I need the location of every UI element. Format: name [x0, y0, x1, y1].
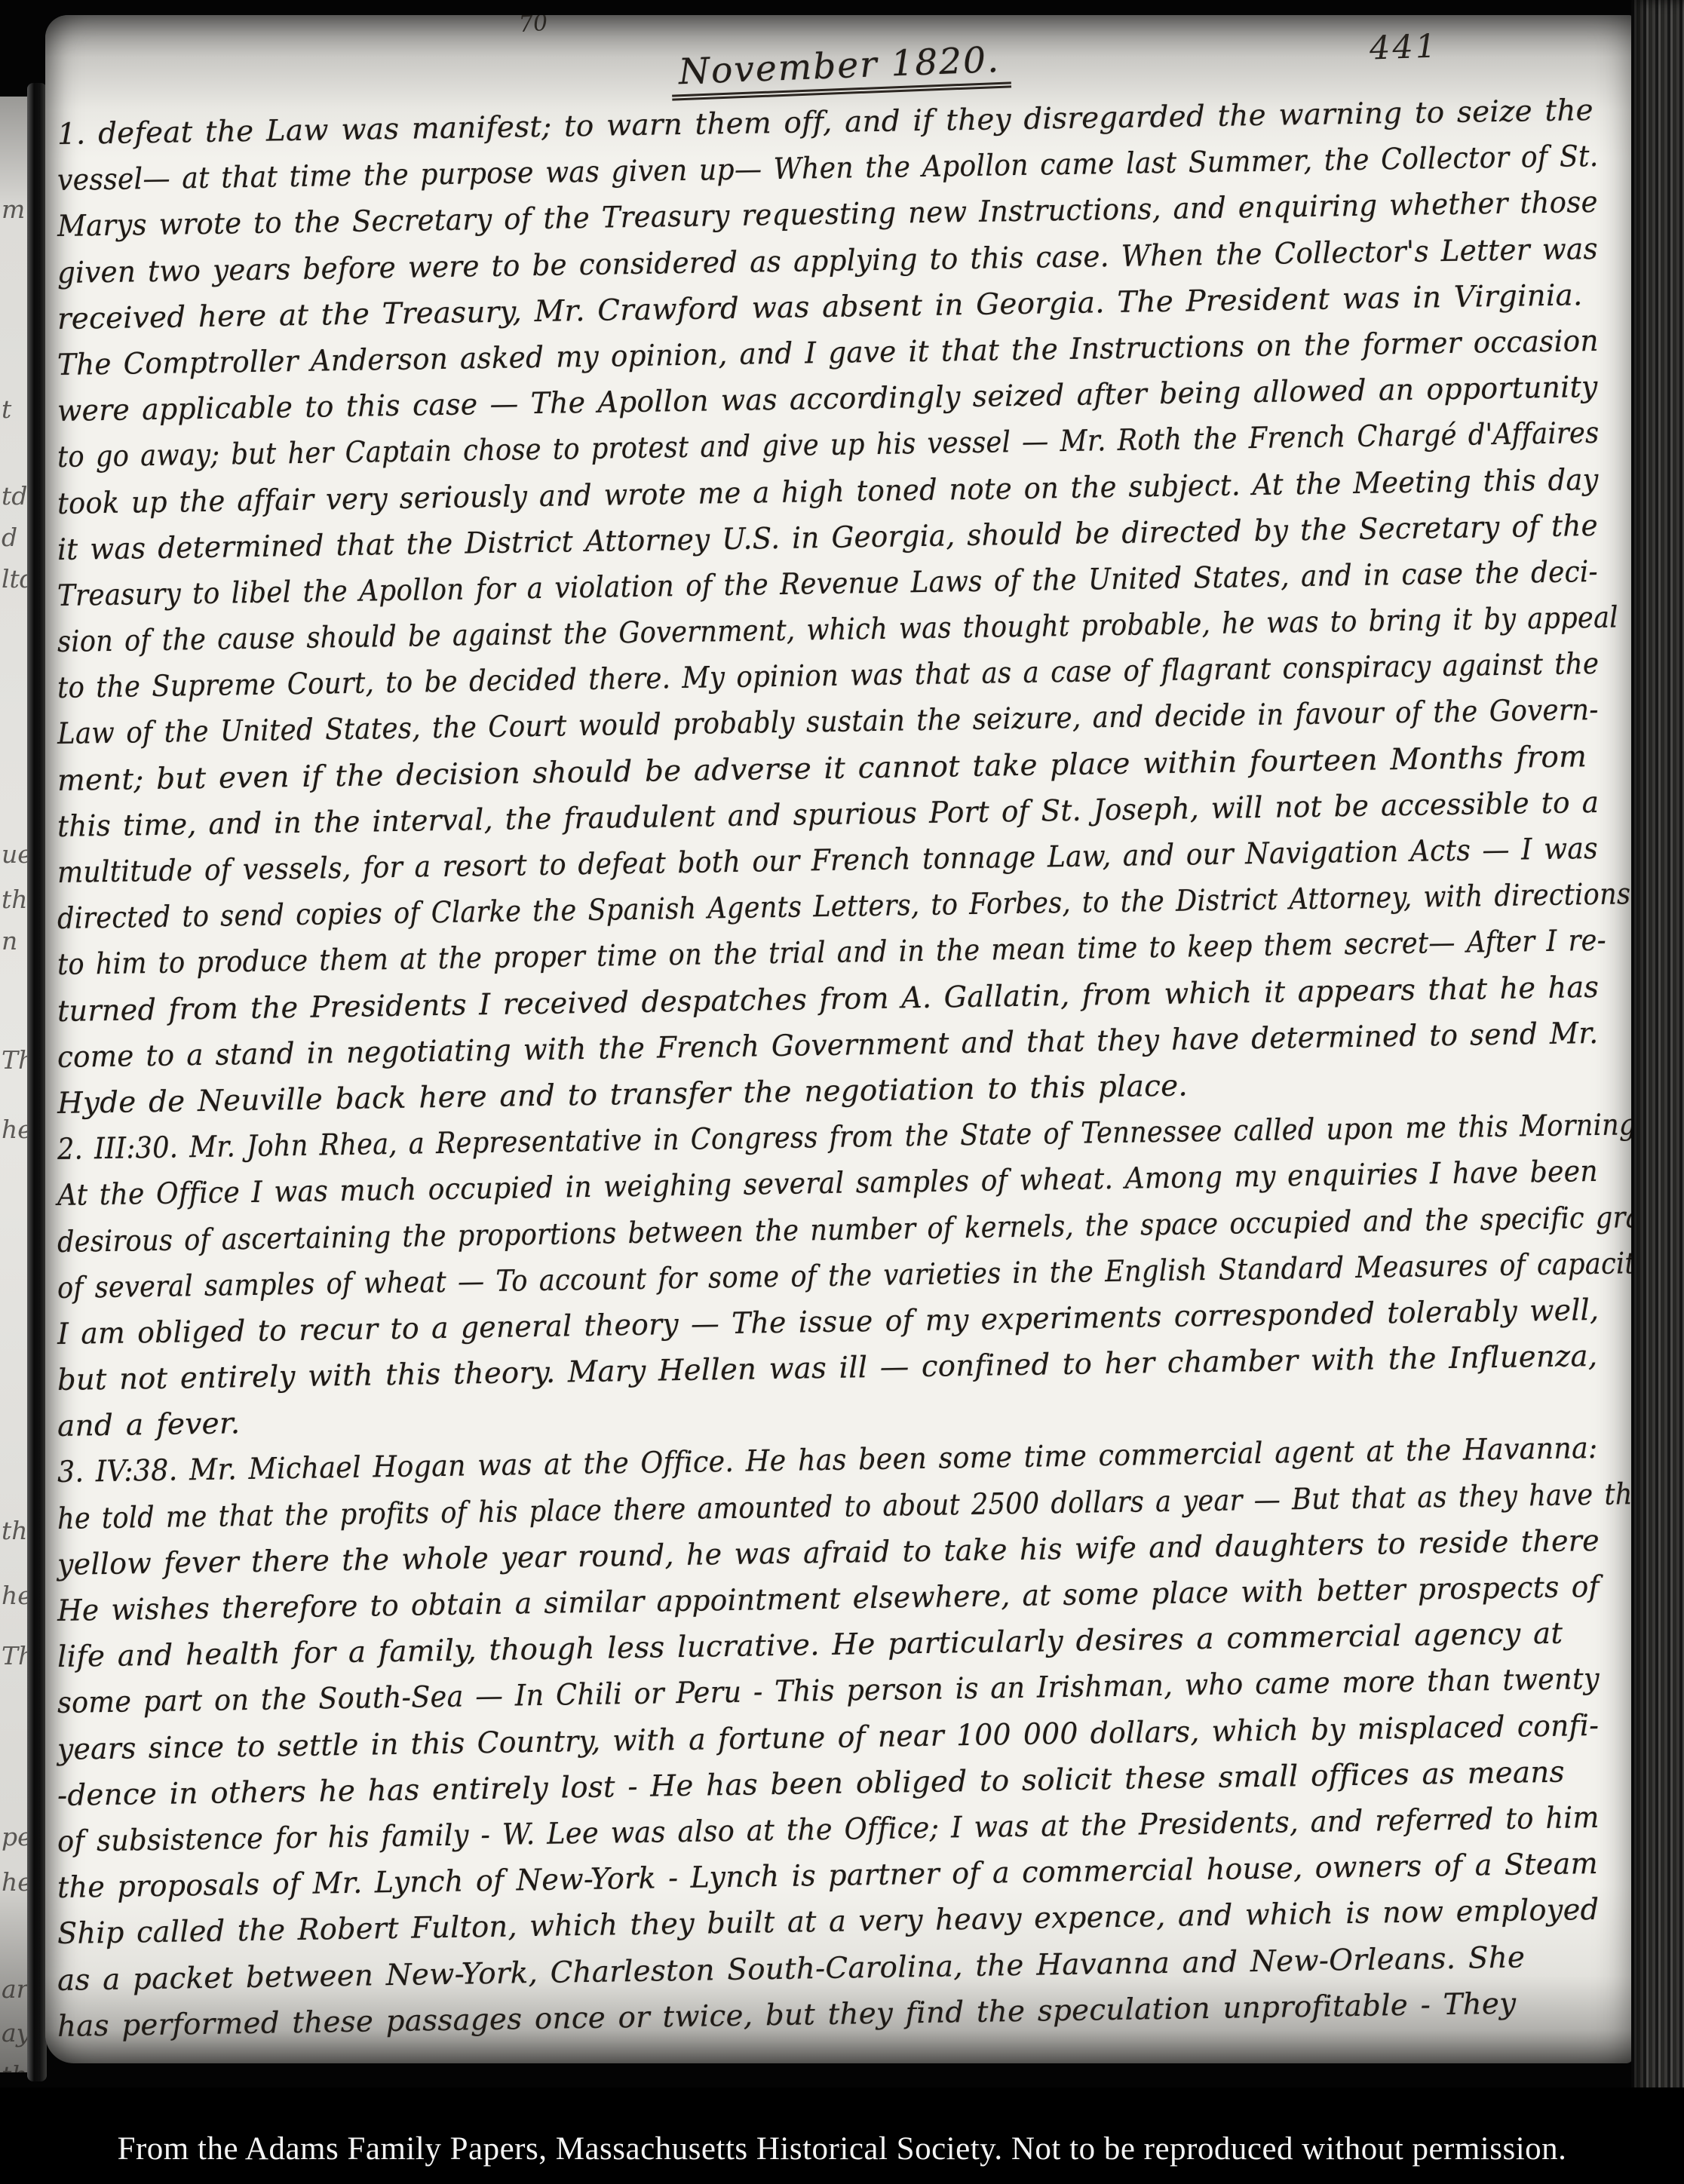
margin-fragment: pe: [2, 1822, 29, 1851]
page-number: 441: [1369, 27, 1439, 67]
margin-fragment: he: [2, 1581, 29, 1610]
binding-gutter: [27, 83, 47, 2081]
margin-fragment: m: [2, 195, 29, 224]
page-paper: 70 November 1820. 441 1. defeat the Law …: [45, 15, 1633, 2063]
margin-fragment: ltd: [2, 564, 29, 594]
facing-page-edge: mttddltduethenThehetheheThepehearaythe: [0, 97, 29, 2072]
margin-fragment: the: [2, 2060, 29, 2072]
margin-fragment: n: [2, 926, 29, 955]
margin-fragment: the: [2, 885, 29, 914]
caption-bar: From the Adams Family Papers, Massachuse…: [0, 2087, 1684, 2184]
caption-text: From the Adams Family Papers, Massachuse…: [0, 2130, 1684, 2167]
margin-fragment: the: [2, 1516, 29, 1545]
margin-fragment: ar: [2, 1974, 29, 2004]
manuscript-scan: mttddltduethenThehetheheThepehearaythe 7…: [0, 0, 1684, 2184]
margin-fragment: ue: [2, 839, 29, 869]
margin-fragment: he: [2, 1867, 29, 1897]
margin-fragment: d: [2, 523, 29, 552]
month-header: November 1820.: [670, 38, 1011, 100]
margin-fragment: The: [2, 1045, 29, 1075]
margin-fragment: td: [2, 481, 29, 511]
margin-fragment: t: [2, 394, 29, 424]
stray-mark: 70: [518, 15, 549, 38]
margin-fragment: The: [2, 1641, 29, 1670]
margin-fragment: he: [2, 1115, 29, 1144]
margin-fragment: ay: [2, 2018, 29, 2047]
manuscript-lines: 1. defeat the Law was manifest; to warn …: [57, 112, 1609, 2050]
book-fore-edge: [1631, 0, 1684, 2184]
